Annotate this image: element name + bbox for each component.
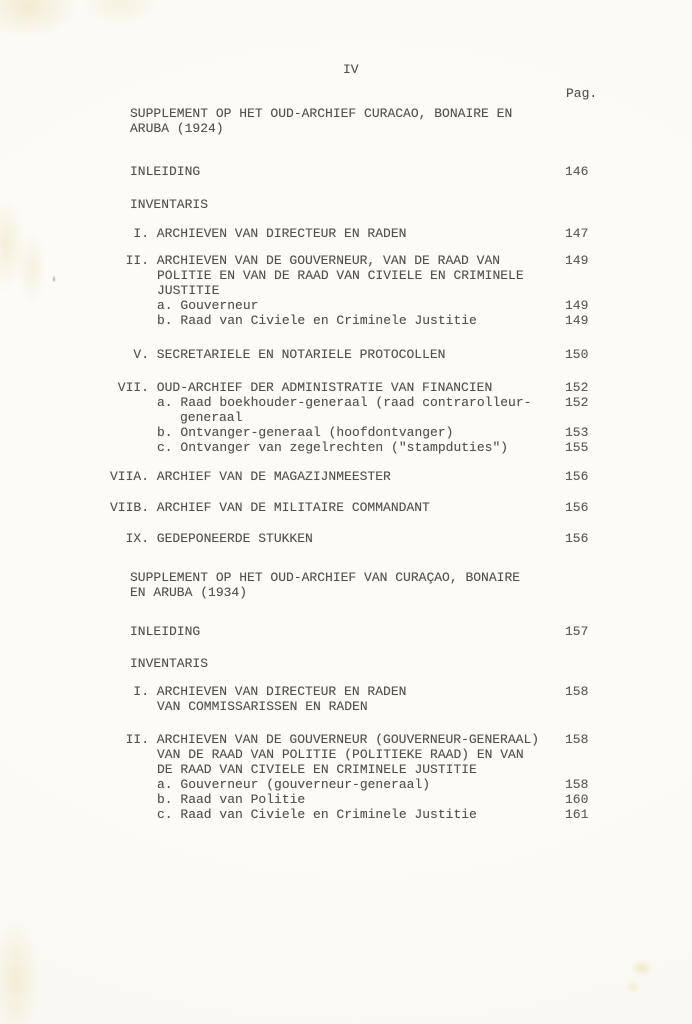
toc-row-text: INVENTARIS	[130, 656, 208, 671]
document-page: IV Pag. SUPPLEMENT OP HET OUD-ARCHIEF CU…	[0, 0, 692, 1024]
toc-row: c. Raad van Civiele en Criminele Justiti…	[157, 807, 477, 822]
toc-row-page: 150	[565, 347, 588, 362]
toc-row-text: VAN COMMISSARISSEN EN RADEN	[157, 699, 368, 714]
toc-row-numeral: VIIA.	[110, 469, 149, 484]
toc-row-text: ARCHIEF VAN DE MAGAZIJNMEESTER	[157, 469, 391, 484]
toc-row-text: b. Raad van Politie	[157, 792, 305, 807]
toc-row-text: b. Ontvanger-generaal (hoofdontvanger)	[157, 425, 453, 440]
toc-row-text: ARCHIEF VAN DE MILITAIRE COMMANDANT	[157, 500, 430, 515]
toc-row-text: ARCHIEVEN VAN DIRECTEUR EN RADEN	[157, 684, 407, 699]
toc-row-page: 157	[565, 624, 588, 639]
toc-row: b. Raad van Politie160	[157, 792, 305, 807]
toc-row-numeral: V.	[110, 347, 149, 362]
toc-row: II.ARCHIEVEN VAN DE GOUVERNEUR (GOUVERNE…	[110, 732, 539, 747]
toc-row: I.ARCHIEVEN VAN DIRECTEUR EN RADEN147	[110, 226, 406, 241]
toc-row-page: 147	[565, 226, 588, 241]
toc-row-text: ARCHIEVEN VAN DIRECTEUR EN RADEN	[157, 226, 407, 241]
toc-row-page: 156	[565, 500, 588, 515]
toc-row: ARUBA (1924)	[130, 121, 224, 136]
toc-row-text: ARCHIEVEN VAN DE GOUVERNEUR (GOUVERNEUR-…	[157, 732, 539, 747]
toc-row-text: ARCHIEVEN VAN DE GOUVERNEUR, VAN DE RAAD…	[157, 253, 500, 268]
toc-row-text: a. Gouverneur (gouverneur-generaal)	[157, 777, 430, 792]
ink-speck	[52, 275, 56, 282]
toc-row: a. Raad boekhouder-generaal (raad contra…	[157, 395, 531, 410]
toc-row: V.SECRETARIELE EN NOTARIELE PROTOCOLLEN1…	[110, 347, 445, 362]
toc-row: SUPPLEMENT OP HET OUD-ARCHIEF VAN CURAÇA…	[130, 570, 520, 585]
toc-row-page: 153	[565, 425, 588, 440]
toc-row-page: 146	[565, 164, 588, 179]
toc-row-text: c. Ontvanger van zegelrechten ("stampdut…	[157, 440, 508, 455]
toc-row-numeral: I.	[110, 684, 149, 699]
toc-row-text: SECRETARIELE EN NOTARIELE PROTOCOLLEN	[157, 347, 446, 362]
toc-row: a. Gouverneur149	[157, 298, 258, 313]
toc-row-text: VAN DE RAAD VAN POLITIE (POLITIEKE RAAD)…	[157, 747, 524, 762]
toc-row: c. Ontvanger van zegelrechten ("stampdut…	[157, 440, 508, 455]
toc-row-numeral: I.	[110, 226, 149, 241]
toc-row: INLEIDING157	[130, 624, 200, 639]
toc-row: VAN DE RAAD VAN POLITIE (POLITIEKE RAAD)…	[157, 747, 524, 762]
toc-row-page: 149	[565, 313, 588, 328]
toc-row-text: c. Raad van Civiele en Criminele Justiti…	[157, 807, 477, 822]
toc-row-numeral: VII.	[110, 380, 149, 395]
toc-row-text: ARUBA (1924)	[130, 121, 224, 136]
toc-row: INVENTARIS	[130, 656, 208, 671]
toc-row: a. Gouverneur (gouverneur-generaal)158	[157, 777, 430, 792]
toc-row-text: a. Gouverneur	[157, 298, 258, 313]
toc-row: INLEIDING146	[130, 164, 200, 179]
toc-row-page: 152	[565, 380, 588, 395]
toc-row-numeral: II.	[110, 732, 149, 747]
toc-row: INVENTARIS	[130, 197, 208, 212]
toc-row-text: SUPPLEMENT OP HET OUD-ARCHIEF CURACAO, B…	[130, 106, 512, 121]
toc-row-text: GEDEPONEERDE STUKKEN	[157, 531, 313, 546]
toc-row-text: b. Raad van Civiele en Criminele Justiti…	[157, 313, 477, 328]
toc-row-page: 152	[565, 395, 588, 410]
toc-row: POLITIE EN VAN DE RAAD VAN CIVIELE EN CR…	[157, 268, 524, 283]
toc-row: VII.OUD-ARCHIEF DER ADMINISTRATIE VAN FI…	[110, 380, 492, 395]
toc-row-text: DE RAAD VAN CIVIELE EN CRIMINELE JUSTITI…	[157, 762, 477, 777]
toc-row-page: 149	[565, 298, 588, 313]
toc-row: VAN COMMISSARISSEN EN RADEN	[157, 699, 368, 714]
toc-row-text: JUSTITIE	[157, 283, 219, 298]
pag-column-header: Pag.	[566, 86, 597, 101]
toc-row-text: INVENTARIS	[130, 197, 208, 212]
toc-row: SUPPLEMENT OP HET OUD-ARCHIEF CURACAO, B…	[130, 106, 512, 121]
toc-row: generaal	[180, 410, 242, 425]
toc-row-numeral: II.	[110, 253, 149, 268]
toc-row-page: 149	[565, 253, 588, 268]
toc-row-page: 158	[565, 777, 588, 792]
toc-row: VIIA.ARCHIEF VAN DE MAGAZIJNMEESTER156	[110, 469, 391, 484]
toc-row-page: 156	[565, 531, 588, 546]
toc-row-text: EN ARUBA (1934)	[130, 585, 247, 600]
toc-row: DE RAAD VAN CIVIELE EN CRIMINELE JUSTITI…	[157, 762, 477, 777]
toc-row-text: POLITIE EN VAN DE RAAD VAN CIVIELE EN CR…	[157, 268, 524, 283]
toc-row-page: 158	[565, 684, 588, 699]
toc-row: JUSTITIE	[157, 283, 219, 298]
toc-row-page: 161	[565, 807, 588, 822]
toc-row-numeral: VIIB.	[110, 500, 149, 515]
toc-row-page: 156	[565, 469, 588, 484]
toc-row-text: SUPPLEMENT OP HET OUD-ARCHIEF VAN CURAÇA…	[130, 570, 520, 585]
toc-row: II.ARCHIEVEN VAN DE GOUVERNEUR, VAN DE R…	[110, 253, 500, 268]
toc-row-page: 160	[565, 792, 588, 807]
toc-row: VIIB.ARCHIEF VAN DE MILITAIRE COMMANDANT…	[110, 500, 430, 515]
toc-row-numeral: IX.	[110, 531, 149, 546]
toc-row: b. Ontvanger-generaal (hoofdontvanger)15…	[157, 425, 453, 440]
toc-row: I.ARCHIEVEN VAN DIRECTEUR EN RADEN158	[110, 684, 406, 699]
toc-row-text: INLEIDING	[130, 164, 200, 179]
toc-row-page: 158	[565, 732, 588, 747]
page-number-roman: IV	[343, 62, 359, 77]
toc-row-page: 155	[565, 440, 588, 455]
toc-row-text: generaal	[180, 410, 242, 425]
toc-row: b. Raad van Civiele en Criminele Justiti…	[157, 313, 477, 328]
toc-row-text: a. Raad boekhouder-generaal (raad contra…	[157, 395, 531, 410]
toc-row: EN ARUBA (1934)	[130, 585, 247, 600]
toc-row: IX.GEDEPONEERDE STUKKEN156	[110, 531, 313, 546]
toc-row-text: INLEIDING	[130, 624, 200, 639]
toc-row-text: OUD-ARCHIEF DER ADMINISTRATIE VAN FINANC…	[157, 380, 492, 395]
